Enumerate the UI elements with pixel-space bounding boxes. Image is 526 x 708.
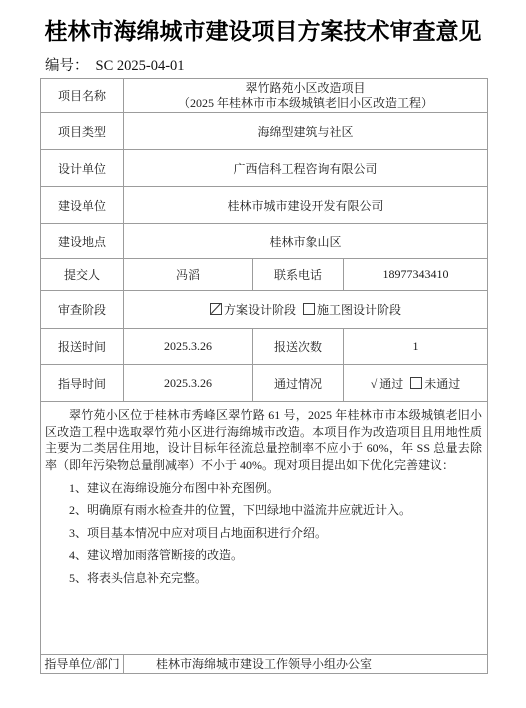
row-submitter: 提交人 冯滔 联系电话 18977343410 xyxy=(41,259,488,291)
guide-unit-value: 桂林市海绵城市建设工作领导小组办公室 xyxy=(124,655,488,674)
project-name-label: 项目名称 xyxy=(41,79,124,113)
checkbox-empty-icon xyxy=(303,303,315,315)
doc-number-value: SC 2025-04-01 xyxy=(96,58,185,74)
build-unit-value: 桂林市城市建设开发有限公司 xyxy=(124,187,488,224)
check-mark-icon: √ xyxy=(371,377,378,391)
opinion-paragraph: 翠竹苑小区位于桂林市秀峰区翠竹路 61 号，2025 年桂林市市本级城镇老旧小区… xyxy=(45,407,482,473)
project-name-line2: （2025 年桂林市市本级城镇老旧小区改造工程） xyxy=(126,96,485,111)
phone-value: 18977343410 xyxy=(344,259,488,291)
row-location: 建设地点 桂林市象山区 xyxy=(41,224,488,259)
row-build-unit: 建设单位 桂林市城市建设开发有限公司 xyxy=(41,187,488,224)
opinion-cell: 翠竹苑小区位于桂林市秀峰区翠竹路 61 号，2025 年桂林市市本级城镇老旧小区… xyxy=(41,402,488,655)
pass-status-label: 通过情况 xyxy=(253,365,344,402)
guide-time-label: 指导时间 xyxy=(41,365,124,402)
row-opinion: 翠竹苑小区位于桂林市秀峰区翠竹路 61 号，2025 年桂林市市本级城镇老旧小区… xyxy=(41,402,488,655)
row-submit-time: 报送时间 2025.3.26 报送次数 1 xyxy=(41,329,488,365)
project-name-value: 翠竹路苑小区改造项目 （2025 年桂林市市本级城镇老旧小区改造工程） xyxy=(124,79,488,113)
doc-number: 编号：SC 2025-04-01 xyxy=(45,54,185,75)
opinion-item-4: 4、建议增加雨落管断接的改造。 xyxy=(45,547,482,563)
project-name-line1: 翠竹路苑小区改造项目 xyxy=(126,81,485,96)
opinion-item-1: 1、建议在海绵设施分布图中补充图例。 xyxy=(45,480,482,496)
review-stage-label: 审查阶段 xyxy=(41,291,124,329)
phone-label: 联系电话 xyxy=(253,259,344,291)
pass-status-fail-text: 未通过 xyxy=(424,377,460,391)
row-project-name: 项目名称 翠竹路苑小区改造项目 （2025 年桂林市市本级城镇老旧小区改造工程） xyxy=(41,79,488,113)
checkbox-empty-icon xyxy=(410,377,422,389)
row-project-type: 项目类型 海绵型建筑与社区 xyxy=(41,113,488,150)
build-unit-label: 建设单位 xyxy=(41,187,124,224)
row-review-stage: 审查阶段 方案设计阶段施工图设计阶段 xyxy=(41,291,488,329)
design-unit-value: 广西信科工程咨询有限公司 xyxy=(124,150,488,187)
document-title: 桂林市海绵城市建设项目方案技术审查意见 xyxy=(0,13,526,46)
project-type-value: 海绵型建筑与社区 xyxy=(124,113,488,150)
row-guide-time: 指导时间 2025.3.26 通过情况 √通过未通过 xyxy=(41,365,488,402)
submit-time-label: 报送时间 xyxy=(41,329,124,365)
opinion-item-2: 2、明确原有雨水检查井的位置，下凹绿地中溢流井应就近计入。 xyxy=(45,502,482,518)
document-page: 桂林市海绵城市建设项目方案技术审查意见 编号：SC 2025-04-01 项目名… xyxy=(0,0,526,708)
guide-time-value: 2025.3.26 xyxy=(124,365,253,402)
review-stage-value: 方案设计阶段施工图设计阶段 xyxy=(124,291,488,329)
submit-count-value: 1 xyxy=(344,329,488,365)
project-type-label: 项目类型 xyxy=(41,113,124,150)
pass-status-pass-text: 通过 xyxy=(379,377,403,391)
row-design-unit: 设计单位 广西信科工程咨询有限公司 xyxy=(41,150,488,187)
submit-time-value: 2025.3.26 xyxy=(124,329,253,365)
row-guide-unit: 指导单位/部门 桂林市海绵城市建设工作领导小组办公室 xyxy=(41,655,488,674)
opinion-item-3: 3、项目基本情况中应对项目占地面积进行介绍。 xyxy=(45,525,482,541)
opinion-item-5: 5、将表头信息补充完整。 xyxy=(45,570,482,586)
review-stage-option-unchecked: 施工图设计阶段 xyxy=(317,303,401,317)
location-label: 建设地点 xyxy=(41,224,124,259)
submitter-value: 冯滔 xyxy=(124,259,253,291)
pass-status-value: √通过未通过 xyxy=(344,365,488,402)
design-unit-label: 设计单位 xyxy=(41,150,124,187)
doc-number-label: 编号： xyxy=(45,58,89,74)
submit-count-label: 报送次数 xyxy=(253,329,344,365)
checkbox-checked-icon xyxy=(210,303,222,315)
guide-unit-label: 指导单位/部门 xyxy=(41,655,124,674)
review-stage-option-checked: 方案设计阶段 xyxy=(224,303,296,317)
location-value: 桂林市象山区 xyxy=(124,224,488,259)
submitter-label: 提交人 xyxy=(41,259,124,291)
review-form-table: 项目名称 翠竹路苑小区改造项目 （2025 年桂林市市本级城镇老旧小区改造工程）… xyxy=(40,78,488,674)
